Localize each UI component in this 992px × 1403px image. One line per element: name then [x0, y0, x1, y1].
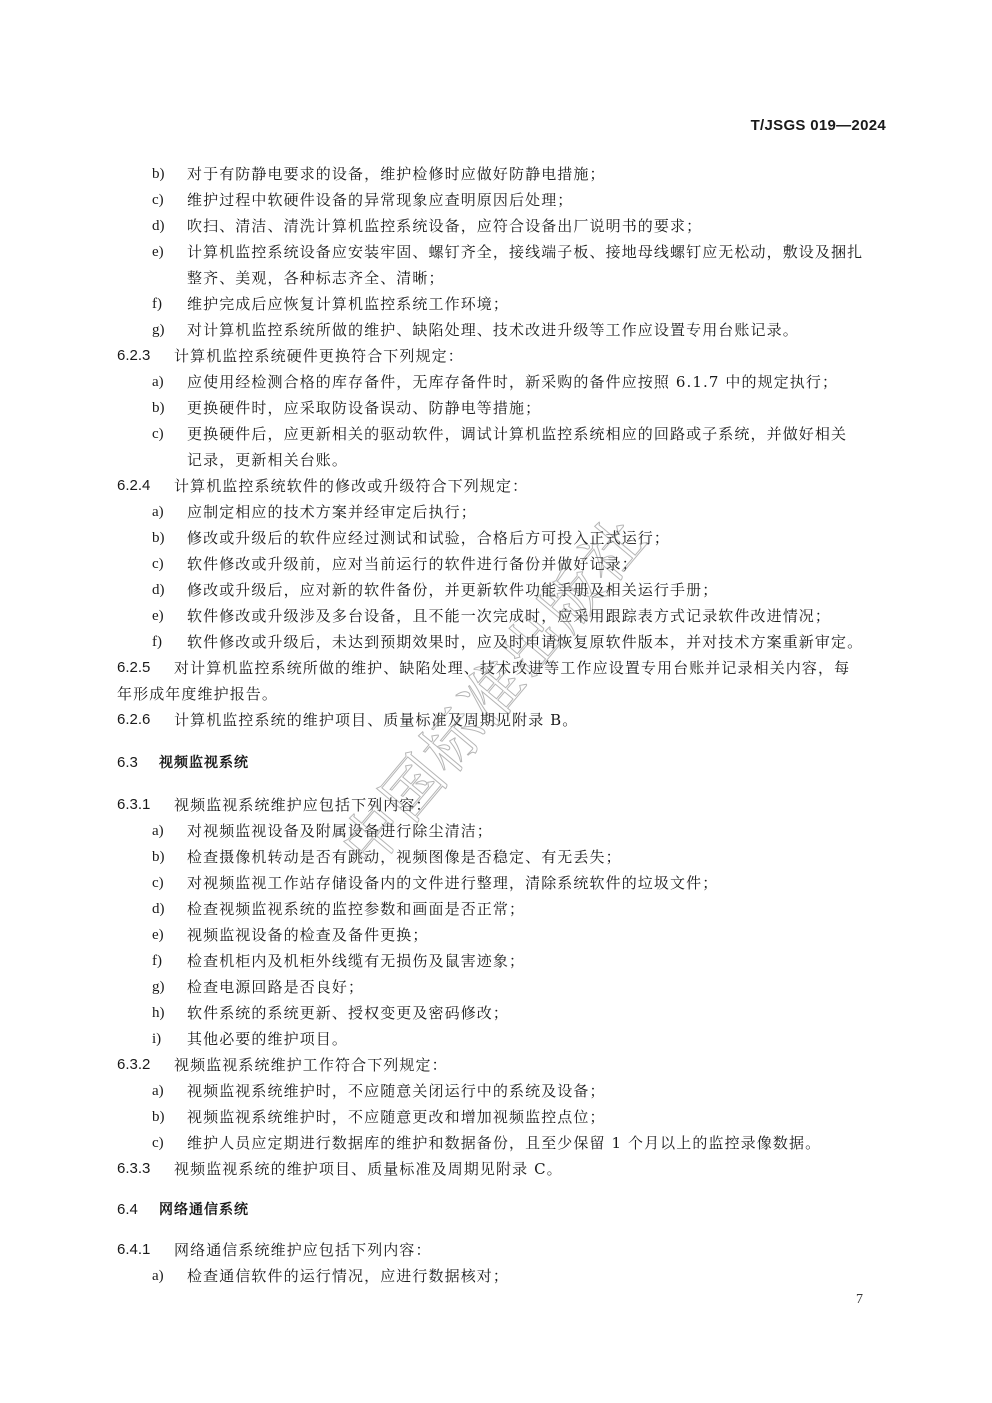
item-label: b) [152, 528, 165, 548]
item-label: c) [152, 873, 164, 893]
clause-text-continuation: 年形成年度维护报告。 [117, 684, 278, 704]
item-text: 吹扫、清洁、清洗计算机监控系统设备，应符合设备出厂说明书的要求； [187, 216, 702, 236]
item-label: g) [152, 320, 165, 340]
item-label: g) [152, 977, 165, 997]
item-text: 对于有防静电要求的设备，维护检修时应做好防静电措施； [187, 164, 606, 184]
item-label: e) [152, 242, 164, 262]
item-text: 检查机柜内及机柜外线缆有无损伤及鼠害迹象； [187, 951, 525, 971]
item-label: b) [152, 847, 165, 867]
section-number: 6.3 [117, 753, 138, 773]
item-label: d) [152, 216, 165, 236]
item-label: d) [152, 580, 165, 600]
item-label: a) [152, 372, 164, 392]
item-text: 其他必要的维护项目。 [187, 1029, 348, 1049]
item-text: 视频监视系统维护时，不应随意关闭运行中的系统及设备； [187, 1081, 606, 1101]
clause-text: 计算机监控系统硬件更换符合下列规定： [174, 346, 464, 366]
clause-number: 6.2.6 [117, 710, 150, 730]
item-label: f) [152, 632, 162, 652]
item-text: 检查电源回路是否良好； [187, 977, 364, 997]
item-text: 应使用经检测合格的库存备件，无库存备件时，新采购的备件应按照 6.1.7 中的规… [187, 372, 838, 392]
item-text: 软件修改或升级涉及多台设备，且不能一次完成时，应采用跟踪表方式记录软件改进情况； [187, 606, 831, 626]
item-label: d) [152, 899, 165, 919]
item-label: f) [152, 294, 162, 314]
item-text: 修改或升级后的软件应经过测试和试验，合格后方可投入正式运行； [187, 528, 670, 548]
item-text: 维护过程中软硬件设备的异常现象应查明原因后处理； [187, 190, 573, 210]
item-text: 检查通信软件的运行情况，应进行数据核对； [187, 1266, 509, 1286]
item-text: 检查视频监视系统的监控参数和画面是否正常； [187, 899, 525, 919]
item-label: b) [152, 164, 165, 184]
clause-text: 网络通信系统维护应包括下列内容： [174, 1240, 432, 1260]
clause-number: 6.3.1 [117, 795, 150, 815]
item-label: b) [152, 1107, 165, 1127]
item-label: a) [152, 502, 164, 522]
item-text: 维护人员应定期进行数据库的维护和数据备份，且至少保留 1 个月以上的监控录像数据… [187, 1133, 821, 1153]
item-label: a) [152, 1081, 164, 1101]
item-text: 软件修改或升级后，未达到预期效果时，应及时申请恢复原软件版本，并对技术方案重新审… [187, 632, 863, 652]
item-label: c) [152, 424, 164, 444]
item-label: a) [152, 821, 164, 841]
item-label: a) [152, 1266, 164, 1286]
item-text: 视频监视系统维护时，不应随意更改和增加视频监控点位； [187, 1107, 606, 1127]
clause-text: 视频监视系统维护应包括下列内容： [174, 795, 432, 815]
item-text: 对计算机监控系统所做的维护、缺陷处理、技术改进升级等工作应设置专用台账记录。 [187, 320, 799, 340]
item-text: 更换硬件时，应采取防设备误动、防静电等措施； [187, 398, 541, 418]
item-text: 计算机监控系统设备应安装牢固、螺钉齐全，接线端子板、接地母线螺钉应无松动，敷设及… [187, 242, 863, 262]
item-label: c) [152, 554, 164, 574]
item-text-continuation: 整齐、美观，各种标志齐全、清晰； [187, 268, 445, 288]
item-text: 检查摄像机转动是否有跳动，视频图像是否稳定、有无丢失； [187, 847, 622, 867]
item-text: 软件系统的系统更新、授权变更及密码修改； [187, 1003, 509, 1023]
standard-code-header: T/JSGS 019—2024 [751, 117, 886, 134]
clause-number: 6.2.3 [117, 346, 150, 366]
item-label: c) [152, 1133, 164, 1153]
item-label: e) [152, 925, 164, 945]
item-text: 软件修改或升级前，应对当前运行的软件进行备份并做好记录； [187, 554, 638, 574]
document-page: T/JSGS 019—2024 b) 对于有防静电要求的设备，维护检修时应做好防… [0, 0, 992, 1403]
section-title: 网络通信系统 [159, 1200, 249, 1220]
clause-text: 计算机监控系统的维护项目、质量标准及周期见附录 B。 [174, 710, 578, 730]
clause-text: 计算机监控系统软件的修改或升级符合下列规定： [174, 476, 528, 496]
clause-text: 视频监视系统维护工作符合下列规定： [174, 1055, 448, 1075]
item-label: i) [152, 1029, 161, 1049]
item-text-continuation: 记录，更新相关台账。 [187, 450, 348, 470]
page-number: 7 [856, 1292, 863, 1308]
item-label: e) [152, 606, 164, 626]
item-text: 维护完成后应恢复计算机监控系统工作环境； [187, 294, 509, 314]
clause-text: 视频监视系统的维护项目、质量标准及周期见附录 C。 [174, 1159, 563, 1179]
clause-number: 6.2.4 [117, 476, 150, 496]
item-text: 对视频监视设备及附属设备进行除尘清洁； [187, 821, 493, 841]
clause-number: 6.4.1 [117, 1240, 150, 1260]
section-number: 6.4 [117, 1200, 138, 1220]
clause-number: 6.2.5 [117, 658, 150, 678]
item-text: 应制定相应的技术方案并经审定后执行； [187, 502, 477, 522]
clause-number: 6.3.3 [117, 1159, 150, 1179]
item-text: 更换硬件后，应更新相关的驱动软件，调试计算机监控系统相应的回路或子系统，并做好相… [187, 424, 847, 444]
clause-number: 6.3.2 [117, 1055, 150, 1075]
item-label: h) [152, 1003, 165, 1023]
item-text: 视频监视设备的检查及备件更换； [187, 925, 429, 945]
item-label: f) [152, 951, 162, 971]
item-text: 对视频监视工作站存储设备内的文件进行整理，清除系统软件的垃圾文件； [187, 873, 718, 893]
clause-text: 对计算机监控系统所做的维护、缺陷处理、技术改进等工作应设置专用台账并记录相关内容… [174, 658, 850, 678]
item-text: 修改或升级后，应对新的软件备份，并更新软件功能手册及相关运行手册； [187, 580, 718, 600]
section-title: 视频监视系统 [159, 753, 249, 773]
item-label: c) [152, 190, 164, 210]
item-label: b) [152, 398, 165, 418]
